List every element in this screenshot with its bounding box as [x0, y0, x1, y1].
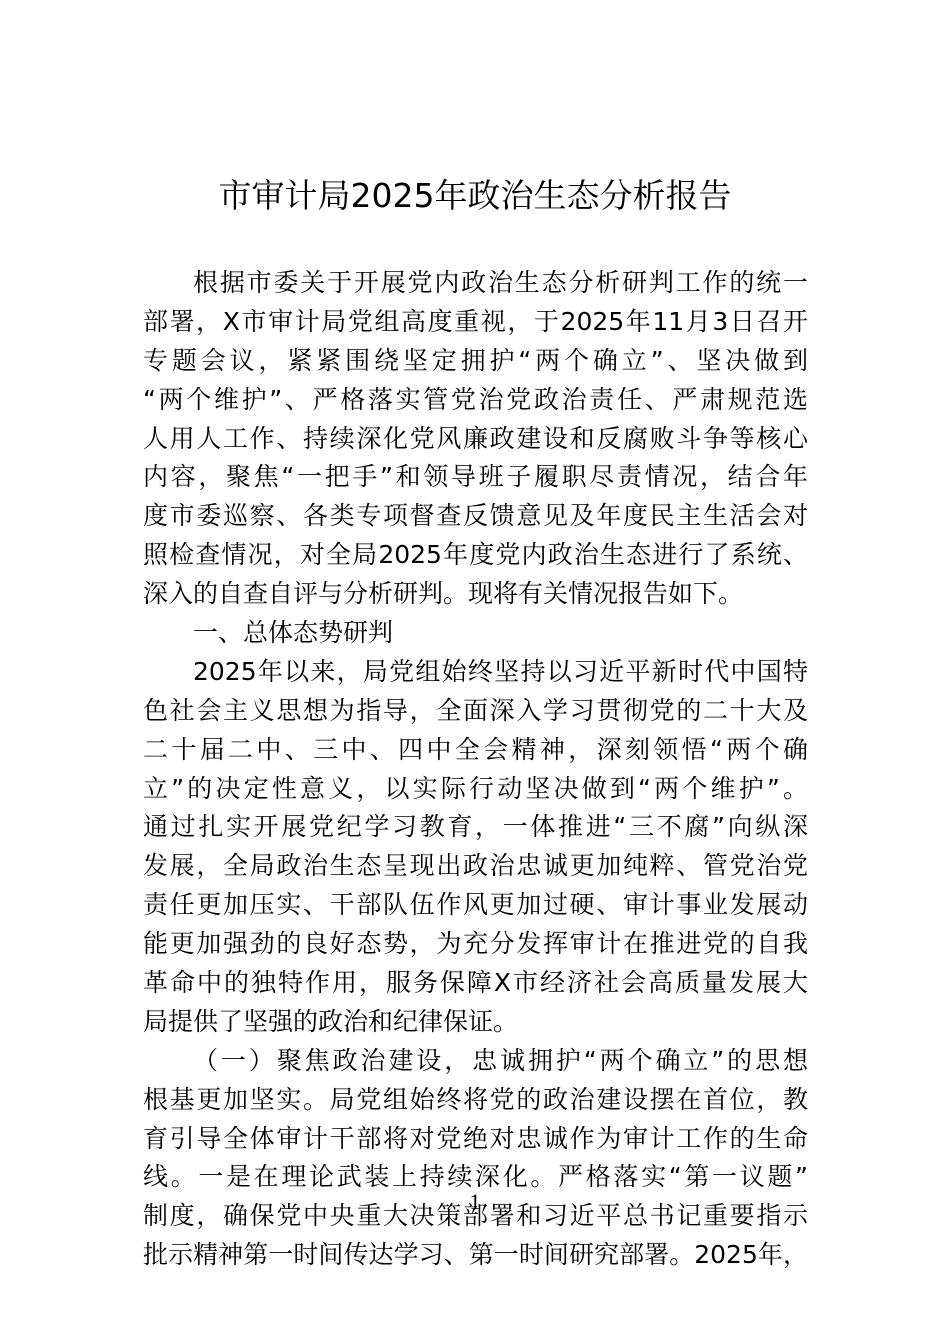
text-line: 局提供了坚强的政治和纪律保证。: [143, 1003, 808, 1042]
text-line: 部署，X市审计局党组高度重视，于2025年11月3日召开: [143, 303, 808, 342]
paragraph-intro: 根据市委关于开展党内政治生态分析研判工作的统一 部署，X市审计局党组高度重视，于…: [143, 264, 808, 614]
text-line: 专题会议，紧紧围绕坚定拥护“两个确立”、坚决做到: [143, 342, 808, 381]
subsection-1: （一）聚焦政治建设，忠诚拥护“两个确立”的思想 根基更加坚实。局党组始终将党的政…: [143, 1042, 808, 1275]
text-line: 2025年以来，局党组始终坚持以习近平新时代中国特: [143, 653, 808, 692]
document-page: 市审计局2025年政治生态分析报告 根据市委关于开展党内政治生态分析研判工作的统…: [0, 0, 950, 1344]
text-line: 二十届二中、三中、四中全会精神，深刻领悟“两个确: [143, 731, 808, 770]
section-heading-1: 一、总体态势研判: [143, 614, 808, 653]
text-line: 育引导全体审计干部将对党绝对忠诚作为审计工作的生命: [143, 1120, 808, 1159]
document-title: 市审计局2025年政治生态分析报告: [0, 172, 950, 220]
text-line: “两个维护”、严格落实管党治党政治责任、严肃规范选: [143, 381, 808, 420]
text-line: 发展，全局政治生态呈现出政治忠诚更加纯粹、管党治党: [143, 847, 808, 886]
text-line: 通过扎实开展党纪学习教育，一体推进“三不腐”向纵深: [143, 808, 808, 847]
text-line: 照检查情况，对全局2025年度党内政治生态进行了系统、: [143, 536, 808, 575]
text-line: 深入的自查自评与分析研判。现将有关情况报告如下。: [143, 575, 808, 614]
page-number: 1: [0, 1187, 950, 1217]
text-line: 批示精神第一时间传达学习、第一时间研究部署。2025年，: [143, 1236, 808, 1275]
paragraph-overview: 2025年以来，局党组始终坚持以习近平新时代中国特 色社会主义思想为指导，全面深…: [143, 653, 808, 1042]
text-line: 能更加强劲的良好态势，为充分发挥审计在推进党的自我: [143, 925, 808, 964]
text-line: 人用人工作、持续深化党风廉政建设和反腐败斗争等核心: [143, 420, 808, 459]
text-line: 责任更加压实、干部队伍作风更加过硬、审计事业发展动: [143, 886, 808, 925]
text-line: 革命中的独特作用，服务保障X市经济社会高质量发展大: [143, 964, 808, 1003]
section-heading-text: 一、总体态势研判: [143, 614, 808, 653]
text-line: 色社会主义思想为指导，全面深入学习贯彻党的二十大及: [143, 692, 808, 731]
text-line: 根基更加坚实。局党组始终将党的政治建设摆在首位，教: [143, 1081, 808, 1120]
document-body: 根据市委关于开展党内政治生态分析研判工作的统一 部署，X市审计局党组高度重视，于…: [143, 264, 808, 1275]
text-line: 内容，聚焦“一把手”和领导班子履职尽责情况，结合年: [143, 458, 808, 497]
subsection-heading-line: （一）聚焦政治建设，忠诚拥护“两个确立”的思想: [143, 1042, 808, 1081]
text-line: 度市委巡察、各类专项督查反馈意见及年度民主生活会对: [143, 497, 808, 536]
text-line: 立”的决定性意义，以实际行动坚决做到“两个维护”。: [143, 770, 808, 809]
text-line: 根据市委关于开展党内政治生态分析研判工作的统一: [143, 264, 808, 303]
